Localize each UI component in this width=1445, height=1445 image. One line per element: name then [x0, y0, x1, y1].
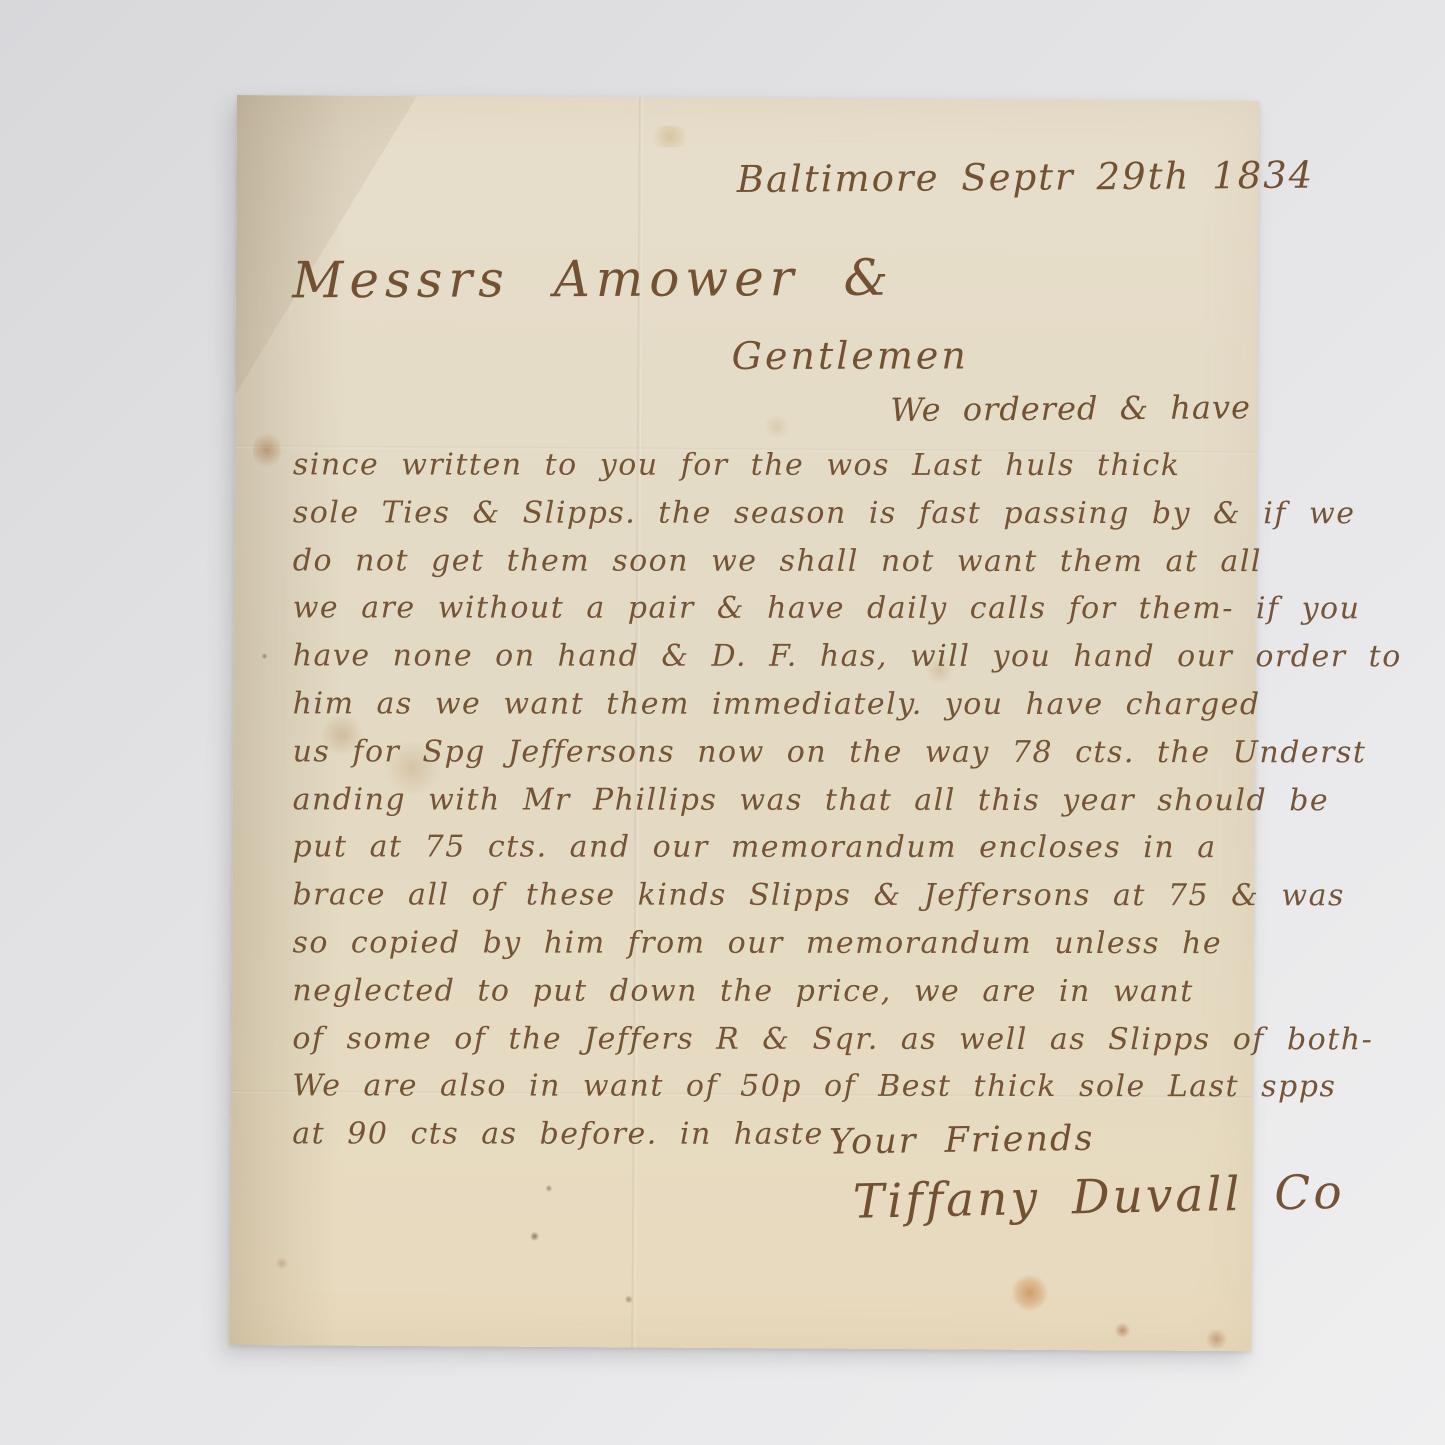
body-line: have none on hand & D. F. has, will you …	[293, 633, 1239, 682]
signature: Tiffany Duvall Co	[852, 1165, 1345, 1230]
letter-body: since written to you for the wos Last hu…	[292, 441, 1239, 1159]
body-line: neglected to put down the price, we are …	[292, 967, 1238, 1016]
salutation: Gentlemen	[732, 333, 969, 378]
foxing-stain	[763, 414, 791, 438]
body-line: do not get them soon we shall not want t…	[293, 537, 1239, 586]
letter-paper: Baltimore Septr 29th 1834 Messrs Amower …	[229, 95, 1259, 1351]
body-line: him as we want them immediately. you hav…	[293, 680, 1239, 729]
foxing-stain	[1114, 1322, 1130, 1338]
address-line: Messrs Amower &	[292, 249, 894, 310]
body-line: at 90 cts as before. in haste	[292, 1111, 1238, 1160]
body-line: sole Ties & Slipps. the season is fast p…	[293, 489, 1239, 538]
body-line: anding with Mr Phillips was that all thi…	[293, 776, 1239, 825]
foxing-stain	[647, 126, 693, 148]
body-line: so copied by him from our memorandum unl…	[292, 919, 1238, 968]
opening-line: We ordered & have	[890, 388, 1251, 429]
photo-background: Baltimore Septr 29th 1834 Messrs Amower …	[0, 0, 1445, 1445]
body-line: we are without a pair & have daily calls…	[293, 585, 1239, 634]
body-line: since written to you for the wos Last hu…	[293, 441, 1239, 490]
body-line: put at 75 cts. and our memorandum enclos…	[293, 824, 1239, 873]
ink-speck	[545, 1185, 552, 1192]
body-line: us for Spg Jeffersons now on the way 78 …	[293, 728, 1239, 777]
closing: Your Friends	[829, 1119, 1095, 1163]
ink-speck	[530, 1232, 539, 1241]
foxing-stain	[1204, 1329, 1228, 1349]
body-line: brace all of these kinds Slipps & Jeffer…	[292, 872, 1238, 921]
body-line: We are also in want of 50p of Best thick…	[292, 1063, 1238, 1112]
foxing-stain	[1010, 1275, 1050, 1311]
body-line: of some of the Jeffers R & Sqr. as well …	[292, 1015, 1238, 1064]
dateline: Baltimore Septr 29th 1834	[737, 154, 1315, 202]
